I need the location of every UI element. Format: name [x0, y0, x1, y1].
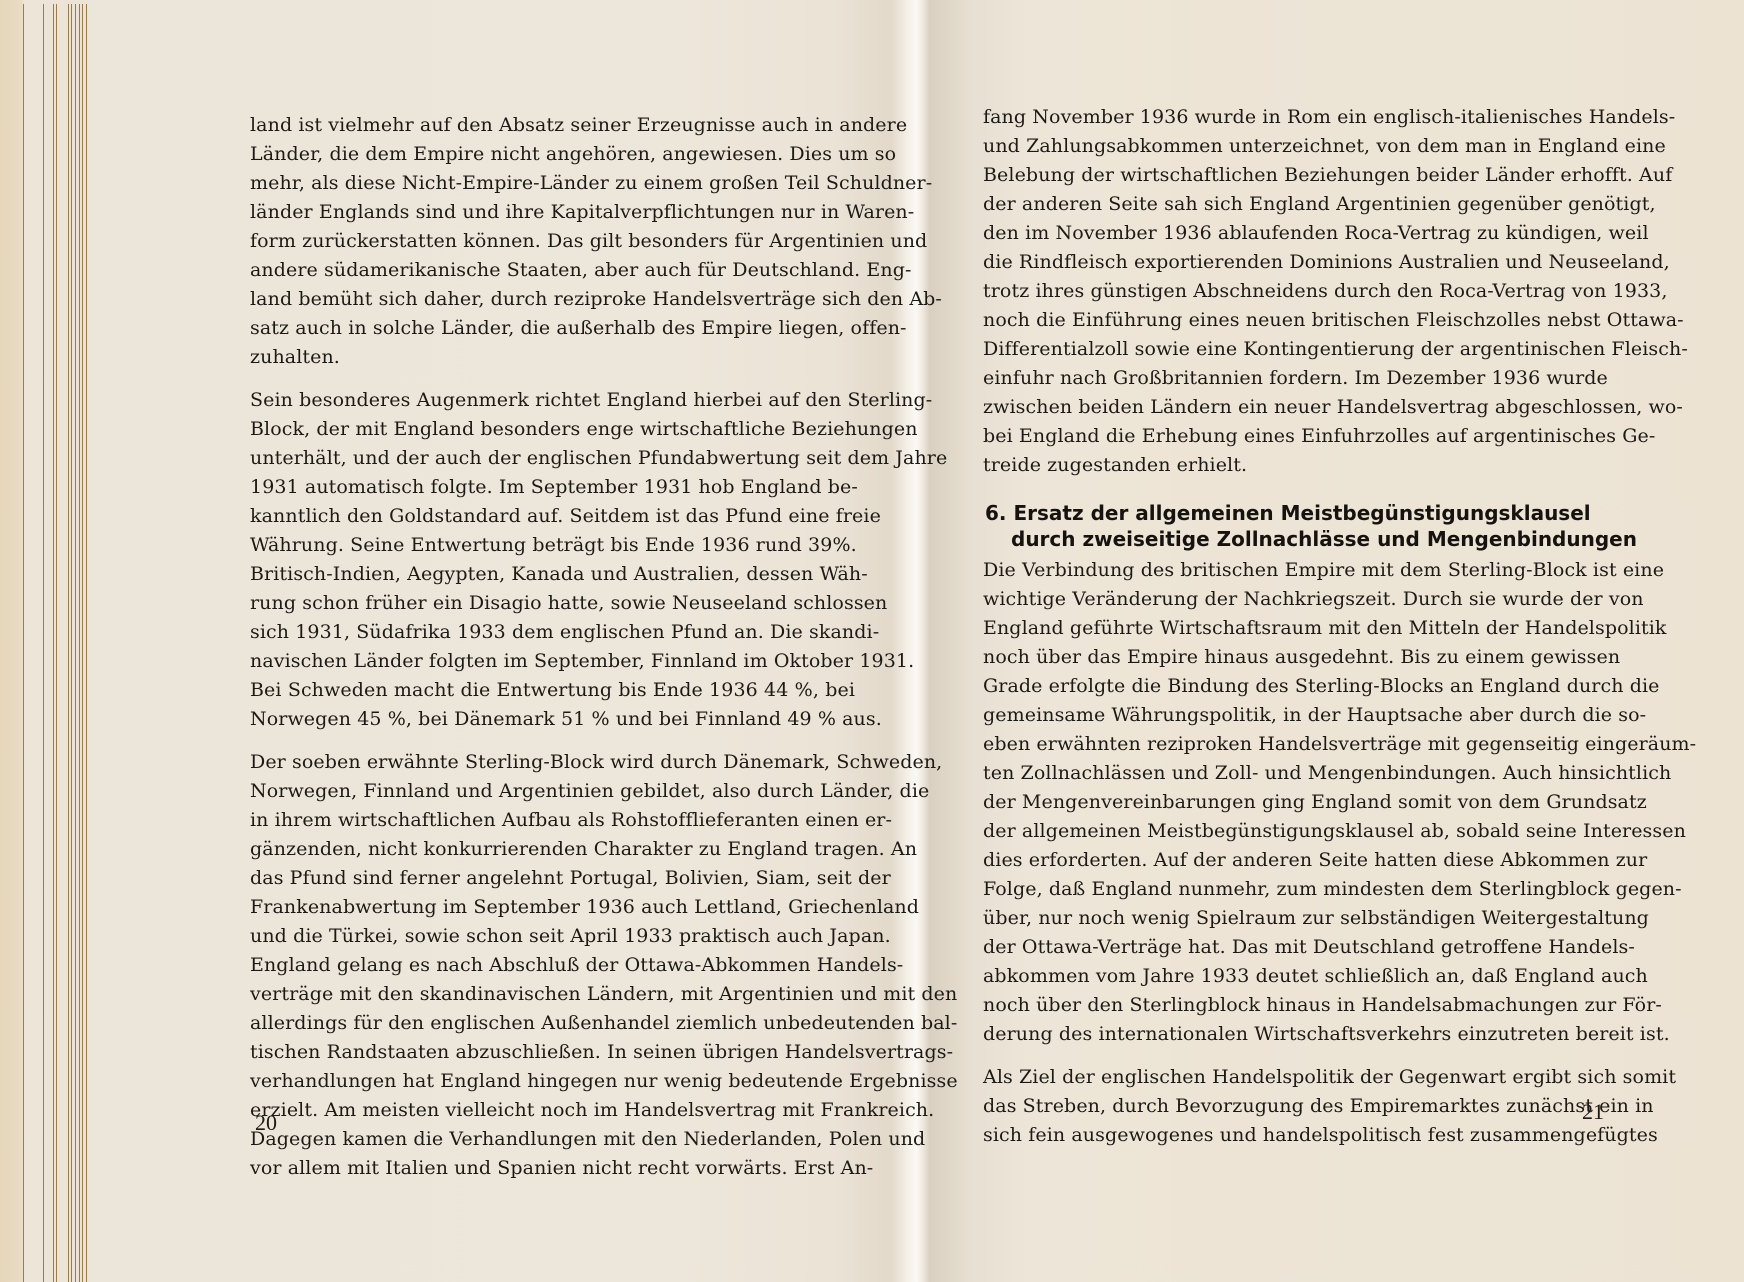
text-line: zuhalten.: [250, 343, 855, 372]
text-line: trotz ihres günstigen Abschneidens durch…: [983, 277, 1603, 306]
text-line: einfuhr nach Großbritannien fordern. Im …: [983, 364, 1603, 393]
text-line: Länder, die dem Empire nicht angehören, …: [250, 140, 855, 169]
text-line: Norwegen 45 %, bei Dänemark 51 % und bei…: [250, 705, 855, 734]
text-line: eben erwähnten reziproken Handelsverträg…: [983, 730, 1603, 759]
text-line: das Pfund sind ferner angelehnt Portugal…: [250, 864, 855, 893]
text-line: Währung. Seine Entwertung beträgt bis En…: [250, 531, 855, 560]
text-line: der Mengenvereinbarungen ging England so…: [983, 788, 1603, 817]
text-line: Der soeben erwähnte Sterling-Block wird …: [250, 748, 855, 777]
text-line: satz auch in solche Länder, die außerhal…: [250, 314, 855, 343]
text-line: derung des internationalen Wirtschaftsve…: [983, 1020, 1603, 1049]
text-line: vor allem mit Italien und Spanien nicht …: [250, 1154, 855, 1183]
text-line: die Rindfleisch exportierenden Dominions…: [983, 248, 1603, 277]
book-spread: land ist vielmehr auf den Absatz seiner …: [0, 0, 1744, 1282]
text-line: der anderen Seite sah sich England Argen…: [983, 190, 1603, 219]
text-line: 1931 automatisch folgte. Im September 19…: [250, 473, 855, 502]
paragraph: Sein besonderes Augenmerk richtet Englan…: [250, 386, 855, 734]
text-line: verhandlungen hat England hingegen nur w…: [250, 1067, 855, 1096]
text-line: das Streben, durch Bevorzugung des Empir…: [983, 1092, 1603, 1121]
text-line: tischen Randstaaten abzuschließen. In se…: [250, 1038, 855, 1067]
text-line: verträge mit den skandinavischen Ländern…: [250, 980, 855, 1009]
text-line: land ist vielmehr auf den Absatz seiner …: [250, 111, 855, 140]
section-heading-line-1: 6. Ersatz der allgemeinen Meistbegünstig…: [985, 500, 1625, 526]
text-line: Bei Schweden macht die Entwertung bis En…: [250, 676, 855, 705]
text-line: gänzenden, nicht konkurrierenden Charakt…: [250, 835, 855, 864]
page-number-left: 20: [255, 1110, 277, 1136]
text-line: und die Türkei, sowie schon seit April 1…: [250, 922, 855, 951]
text-line: Dagegen kamen die Verhandlungen mit den …: [250, 1125, 855, 1154]
text-line: treide zugestanden erhielt.: [983, 451, 1603, 480]
text-line: Belebung der wirtschaftlichen Beziehunge…: [983, 161, 1603, 190]
text-line: abkommen vom Jahre 1933 deutet schließli…: [983, 962, 1603, 991]
text-line: ten Zollnachlässen und Zoll- und Mengenb…: [983, 759, 1603, 788]
text-line: noch über das Empire hinaus ausgedehnt. …: [983, 643, 1603, 672]
text-line: fang November 1936 wurde in Rom ein engl…: [983, 103, 1603, 132]
text-line: Differentialzoll sowie eine Kontingentie…: [983, 335, 1603, 364]
text-line: Britisch-Indien, Aegypten, Kanada und Au…: [250, 560, 855, 589]
text-line: Die Verbindung des britischen Empire mit…: [983, 556, 1603, 585]
text-line: sich 1931, Südafrika 1933 dem englischen…: [250, 618, 855, 647]
text-line: mehr, als diese Nicht-Empire-Länder zu e…: [250, 169, 855, 198]
text-line: Grade erfolgte die Bindung des Sterling-…: [983, 672, 1603, 701]
text-line: und Zahlungsabkommen unterzeichnet, von …: [983, 132, 1603, 161]
text-line: kanntlich den Goldstandard auf. Seitdem …: [250, 502, 855, 531]
text-line: rung schon früher ein Disagio hatte, sow…: [250, 589, 855, 618]
page-stack-edges: [0, 0, 88, 1282]
text-line: Block, der mit England besonders enge wi…: [250, 415, 855, 444]
text-line: in ihrem wirtschaftlichen Aufbau als Roh…: [250, 806, 855, 835]
text-line: England geführte Wirtschaftsraum mit den…: [983, 614, 1603, 643]
text-line: der Ottawa-Verträge hat. Das mit Deutsch…: [983, 933, 1603, 962]
text-line: den im November 1936 ablaufenden Roca-Ve…: [983, 219, 1603, 248]
paragraph: fang November 1936 wurde in Rom ein engl…: [983, 103, 1603, 480]
paragraph: Der soeben erwähnte Sterling-Block wird …: [250, 748, 855, 1183]
text-line: noch die Einführung eines neuen britisch…: [983, 306, 1603, 335]
section-heading: 6. Ersatz der allgemeinen Meistbegünstig…: [985, 500, 1625, 552]
text-line: noch über den Sterlingblock hinaus in Ha…: [983, 991, 1603, 1020]
left-page-body: land ist vielmehr auf den Absatz seiner …: [250, 111, 855, 1183]
paragraph: land ist vielmehr auf den Absatz seiner …: [250, 111, 855, 372]
text-line: unterhält, und der auch der englischen P…: [250, 444, 855, 473]
section-heading-line-2: durch zweiseitige Zollnachlässe und Meng…: [985, 526, 1625, 552]
text-line: Als Ziel der englischen Handelspolitik d…: [983, 1063, 1603, 1092]
text-line: allerdings für den englischen Außenhande…: [250, 1009, 855, 1038]
paragraph: Als Ziel der englischen Handelspolitik d…: [983, 1063, 1603, 1150]
text-line: sich fein ausgewogenes und handelspoliti…: [983, 1121, 1603, 1150]
text-line: Folge, daß England nunmehr, zum mindeste…: [983, 875, 1603, 904]
right-page-body-top: fang November 1936 wurde in Rom ein engl…: [983, 103, 1603, 480]
page-number-right: 21: [1582, 1099, 1604, 1125]
text-line: andere südamerikanische Staaten, aber au…: [250, 256, 855, 285]
text-line: Frankenabwertung im September 1936 auch …: [250, 893, 855, 922]
text-line: land bemüht sich daher, durch reziproke …: [250, 285, 855, 314]
text-line: zwischen beiden Ländern ein neuer Handel…: [983, 393, 1603, 422]
text-line: England gelang es nach Abschluß der Otta…: [250, 951, 855, 980]
text-line: der allgemeinen Meistbegünstigungsklause…: [983, 817, 1603, 846]
paragraph: Die Verbindung des britischen Empire mit…: [983, 556, 1603, 1049]
text-line: gemeinsame Währungspolitik, in der Haupt…: [983, 701, 1603, 730]
text-line: wichtige Veränderung der Nachkriegszeit.…: [983, 585, 1603, 614]
text-line: form zurückerstatten können. Das gilt be…: [250, 227, 855, 256]
text-line: erzielt. Am meisten vielleicht noch im H…: [250, 1096, 855, 1125]
text-line: Sein besonderes Augenmerk richtet Englan…: [250, 386, 855, 415]
text-line: bei England die Erhebung eines Einfuhrzo…: [983, 422, 1603, 451]
text-line: über, nur noch wenig Spielraum zur selbs…: [983, 904, 1603, 933]
text-line: Norwegen, Finnland und Argentinien gebil…: [250, 777, 855, 806]
text-line: navischen Länder folgten im September, F…: [250, 647, 855, 676]
text-line: länder Englands sind und ihre Kapitalver…: [250, 198, 855, 227]
text-line: dies erforderten. Auf der anderen Seite …: [983, 846, 1603, 875]
right-page-body-bottom: Die Verbindung des britischen Empire mit…: [983, 556, 1603, 1150]
